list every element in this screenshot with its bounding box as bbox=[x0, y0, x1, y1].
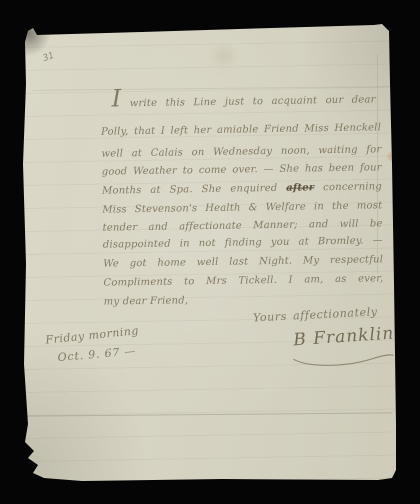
letter-line: tender and affectionate Manner; and will… bbox=[103, 217, 383, 235]
struck-word: after bbox=[286, 182, 314, 193]
letter-dateline-day: Friday morning bbox=[45, 324, 140, 347]
letter-content: 31 I write this Line just to acquaint ou… bbox=[18, 21, 399, 484]
letter-signature: B Franklin bbox=[293, 323, 395, 350]
letter-line: I write this Line just to acquaint our d… bbox=[111, 89, 375, 111]
photo-backdrop: 31 I write this Line just to acquaint ou… bbox=[0, 0, 420, 504]
letter-line-segment: Months at Spa. She enquired bbox=[102, 183, 278, 197]
letter-closing: Yours affectionately bbox=[253, 305, 378, 324]
letter-paper: 31 I write this Line just to acquaint ou… bbox=[22, 24, 396, 481]
letter-line: We got home well last Night. My respectf… bbox=[103, 253, 383, 271]
letter-line: my dear Friend, bbox=[104, 294, 224, 310]
letter-dateline-date: Oct. 9. 67 — bbox=[57, 344, 137, 364]
letter-line: well at Calais on Wednesday noon, waitin… bbox=[101, 143, 381, 161]
letter-line: Compliments to Mrs Tickell. I am, as eve… bbox=[103, 272, 383, 290]
letter-line: disappointed in not finding you at Broml… bbox=[103, 234, 383, 252]
letter-line: Polly, that I left her amiable Friend Mi… bbox=[101, 121, 381, 139]
letter-line: Miss Stevenson's Health & Welfare in the… bbox=[102, 199, 382, 217]
signature-flourish bbox=[291, 348, 396, 371]
letter-line-segment: concerning bbox=[323, 181, 382, 193]
letter-line-with-correction: Months at Spa. She enquired after concer… bbox=[102, 180, 382, 198]
archival-page-number: 31 bbox=[42, 51, 56, 64]
letter-line: good Weather to come over. — She has bee… bbox=[102, 161, 382, 179]
